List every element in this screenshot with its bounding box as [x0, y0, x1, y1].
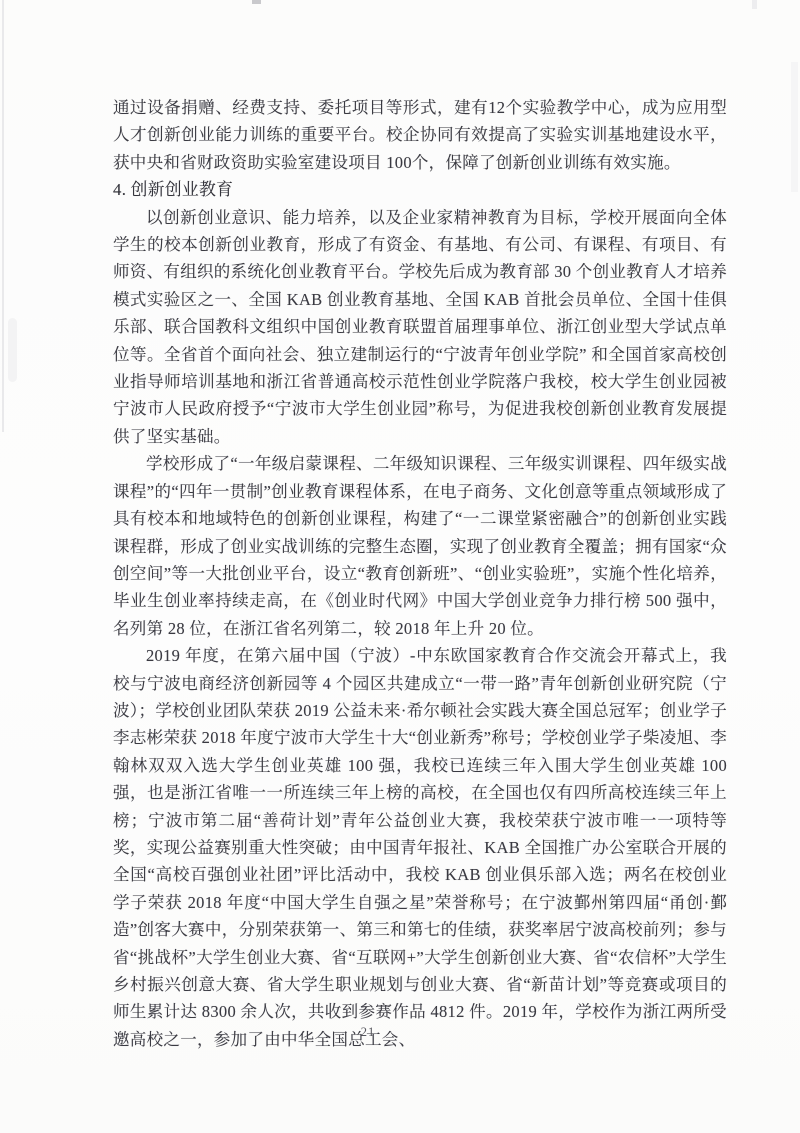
paragraph-continued: 通过设备捐赠、经费支持、委托项目等形式，建有12个实验教学中心，成为应用型人才创… — [113, 94, 727, 176]
paragraph: 2019 年度，在第六届中国（宁波）-中东欧国家教育合作交流会开幕式上，我校与宁… — [113, 642, 727, 1053]
body-text: 通过设备捐赠、经费支持、委托项目等形式，建有12个实验教学中心，成为应用型人才创… — [113, 94, 727, 1053]
scan-artifact-top-tick — [252, 0, 261, 4]
scan-artifact-left-line — [2, 0, 4, 432]
scan-artifact-left-smudge — [8, 318, 17, 382]
paragraph: 学校形成了“一年级启蒙课程、二年级知识课程、三年级实训课程、四年级实战课程”的“… — [113, 450, 727, 642]
paragraph: 以创新创业意识、能力培养，以及企业家精神教育为目标，学校开展面向全体学生的校本创… — [113, 204, 727, 451]
page-number: 21 — [340, 1025, 396, 1040]
document-page: 通过设备捐赠、经费支持、委托项目等形式，建有12个实验教学中心，成为应用型人才创… — [0, 0, 800, 1133]
section-heading: 4. 创新创业教育 — [113, 176, 727, 203]
scan-artifact-top-right — [752, 0, 757, 9]
scan-artifact-right-strip — [791, 62, 798, 192]
